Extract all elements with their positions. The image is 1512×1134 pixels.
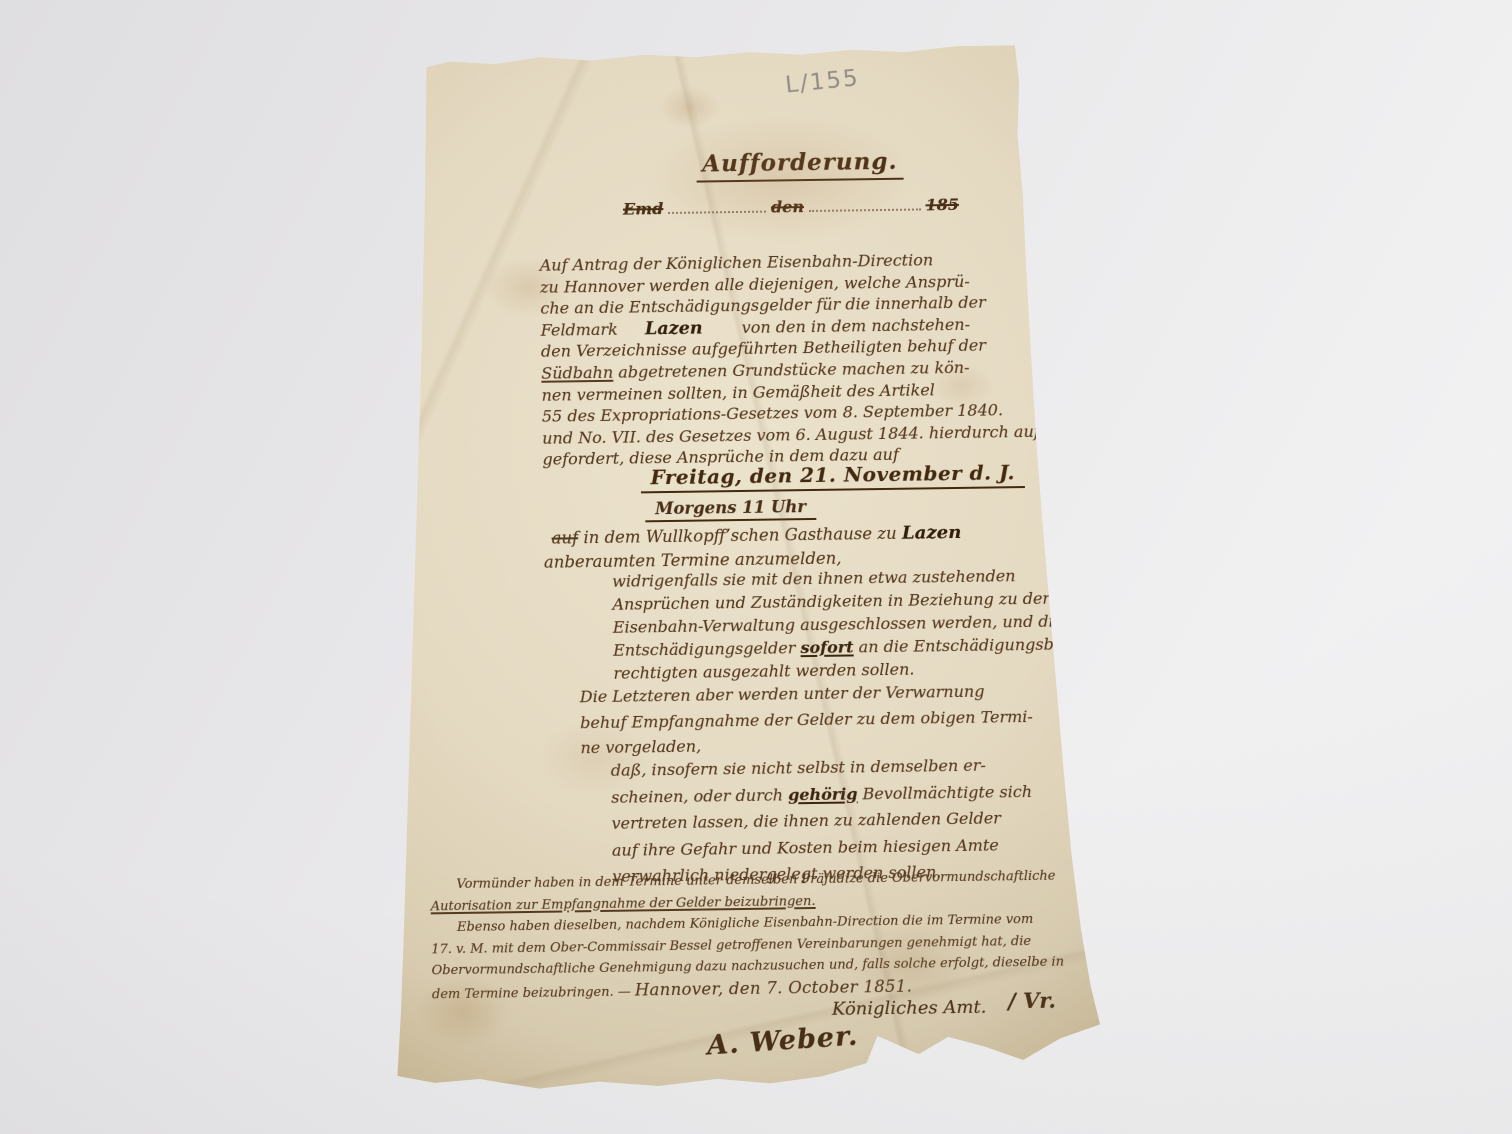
venue-text: in dem Wullkopff’schen Gasthause zu	[583, 524, 902, 547]
line-rest: an die Entschädigungsbe-	[859, 634, 1069, 656]
line-rest: abgetretenen Grundstücke machen zu kön-	[618, 358, 969, 382]
venue-place-name: Lazen	[902, 522, 962, 544]
photo-background: L/155 Aufforderung. Emd den 185 Auf Antr…	[0, 0, 1512, 1134]
fine-print-paragraph: Vormünder haben in dem Termine unter dem…	[430, 865, 1108, 1005]
hearing-time-line: Morgens 11 Uhr	[645, 497, 816, 518]
line-rest: Bevollmächtigte sich	[862, 781, 1032, 802]
suedbahn-word: Südbahn	[541, 363, 613, 383]
form-date-line: Emd den 185	[623, 195, 959, 219]
line-pre: dem Termine beizubringen. —	[432, 984, 635, 1002]
warning-paragraph: widrigenfalls sie mit den ihnen etwa zus…	[612, 563, 1092, 685]
document-title-text: Aufforderung.	[696, 148, 904, 183]
paragraph-request: Auf Antrag der Königlichen Eisenbahn-Dir…	[540, 248, 1049, 471]
line-pre: Entschädigungsgelder	[613, 638, 801, 660]
feldmark-label: Feldmark	[541, 319, 618, 339]
venue-line: auf in dem Wullkopff’schen Gasthause zu …	[551, 522, 961, 549]
sofort-word: sofort	[800, 637, 853, 657]
registrar-initials: / Vr.	[1008, 988, 1056, 1014]
struck-place-word: Emd	[623, 199, 664, 219]
struck-auf-word: auf	[551, 528, 578, 547]
second-summons-paragraph: Die Letzteren aber werden unter der Verw…	[580, 677, 1081, 760]
gehoerig-word: gehörig	[788, 784, 858, 804]
document-title: Aufforderung.	[587, 146, 1012, 179]
signature: A. Weber.	[692, 1020, 874, 1063]
dotted-leader	[809, 206, 921, 212]
place-date: Hannover, den 7. October 1851.	[635, 976, 913, 999]
hearing-date-line: Freitag, den 21. November d. J.	[615, 460, 1051, 490]
struck-den-word: den	[771, 197, 804, 216]
struck-year-prefix: 185	[925, 195, 959, 214]
archival-reference: L/155	[784, 65, 861, 98]
place-name: Lazen	[645, 317, 703, 339]
line-rest: von den in dem nachstehen-	[742, 315, 971, 337]
line-pre: scheinen, oder durch	[611, 785, 788, 806]
dotted-leader	[668, 209, 766, 214]
hearing-date-text: Freitag, den 21. November d. J.	[640, 460, 1025, 493]
document-paper: L/155 Aufforderung. Emd den 185 Auf Antr…	[361, 39, 1121, 1095]
hearing-time-text: Morgens 11 Uhr	[645, 497, 816, 522]
